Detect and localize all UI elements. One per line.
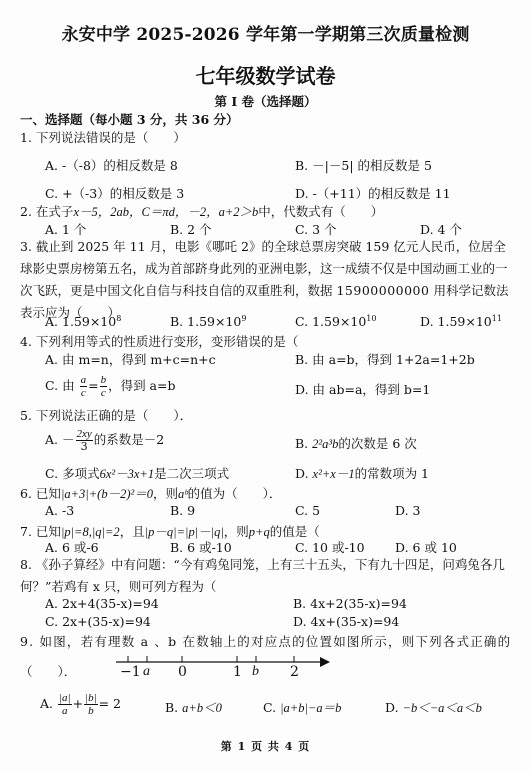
question-8-stem: 8. 《孙子算经》中有问题：“今有鸡兔同笼，上有三十五头，下有九十四足，问鸡兔各… [20, 554, 515, 598]
school-exam-title: 永安中学 2025-2026 学年第一学期第三次质量检测 [0, 20, 531, 45]
question-3-stem: 3. 截止到 2025 年 11 月，电影《哪吒 2》的全球总票房突破 159 … [20, 236, 515, 324]
option-text: -（-8）的相反数是 8 [62, 158, 178, 173]
math-expression: p+q [249, 525, 270, 539]
option-label: C. [295, 314, 308, 329]
minus-sign: － [62, 432, 75, 447]
fraction-2xy-over-3: 2xy3 [76, 428, 93, 453]
option-label: A. [45, 540, 58, 555]
option-label: A. [40, 696, 53, 711]
option-label: B. [170, 503, 183, 518]
option-text: 2 个 [187, 222, 211, 237]
option-label: D. [295, 466, 309, 481]
question-1-option-a[interactable]: A. -（-8）的相反数是 8 [45, 156, 178, 174]
option-label: D. [385, 700, 399, 715]
question-8-option-c[interactable]: C. 2x+(35-x)=94 [45, 614, 151, 629]
question-4-option-b[interactable]: B. 由 a=b，得到 1+2a=1+2b [295, 350, 475, 368]
question-number: 6. [20, 486, 32, 501]
option-label: C. [295, 540, 308, 555]
option-label: A. [45, 503, 58, 518]
option-label: C. [45, 186, 58, 201]
option-text: －|－5| 的相反数是 5 [312, 158, 432, 173]
question-5-stem: 5. 下列说法正确的是（ ）． [20, 406, 192, 424]
option-label: C. [295, 503, 308, 518]
question-1-option-c[interactable]: C. +（-3）的相反数是 3 [45, 184, 184, 202]
question-text: 的值是（ [270, 524, 320, 539]
option-label: A. [45, 158, 58, 173]
question-number: 4. [20, 334, 32, 349]
option-label: B. [170, 314, 183, 329]
tick-label-minus-one: −1 [120, 664, 141, 680]
question-1-option-d[interactable]: D. -（+11）的相反数是 11 [295, 184, 451, 202]
option-text: 1.59×10 [312, 314, 366, 329]
question-3-option-a[interactable]: A. 1.59×108 [45, 314, 121, 329]
fraction-abs-a-over-a: |a|a [58, 692, 72, 717]
option-label: A. [45, 352, 58, 367]
option-text: 10 或-10 [312, 540, 365, 555]
math-expression: x－5，2ab，C＝πd，－2，a+2＞b [73, 205, 258, 219]
math-expression: |p|=8,|q|=2 [61, 525, 120, 539]
tick-label-zero: 0 [178, 664, 187, 680]
exponent: 10 [366, 314, 376, 323]
question-number: 9. [20, 634, 34, 649]
question-text: 《孙子算经》中有问题：“今有鸡兔同笼，上有三十五头，下有九十四足，问鸡兔各几何？… [20, 557, 505, 594]
denominator: a [62, 705, 68, 717]
option-label: C. [295, 222, 308, 237]
option-text: 6 或 10 [413, 540, 457, 555]
option-label: A. [45, 596, 58, 611]
question-text: 下列说法错误的是（ ） [36, 130, 186, 145]
fraction-b-over-c: bc [100, 374, 108, 399]
question-text: ，则 [224, 524, 249, 539]
tick-label-two: 2 [290, 664, 299, 680]
page-number-footer: 第 1 页 共 4 页 [0, 738, 531, 754]
exponent: 11 [492, 314, 502, 323]
question-1-stem: 1. 下列说法错误的是（ ） [20, 128, 186, 146]
denominator: 3 [81, 441, 88, 453]
option-label: C. [45, 378, 58, 393]
question-9-option-d[interactable]: D. −b＜−a＜a＜b [385, 698, 482, 716]
math-expression: −b＜−a＜a＜b [403, 701, 482, 715]
tick-label-b: b [252, 664, 259, 680]
question-5-option-c[interactable]: C. 多项式6x²－3x+1是二次三项式 [45, 464, 229, 482]
equals-sign: = [88, 378, 98, 393]
option-text: 1.59×10 [438, 314, 492, 329]
section-title: 一、选择题（每小题 3 分，共 36 分） [20, 110, 239, 128]
denominator: b [88, 705, 94, 717]
option-label: D. [395, 503, 409, 518]
math-expression: aᵇ [178, 487, 188, 501]
denominator: c [101, 387, 106, 399]
option-text: 由 a=b，得到 1+2a=1+2b [312, 352, 475, 367]
option-text: 由 m=n，得到 m+c=n+c [62, 352, 216, 367]
option-label: C. [45, 614, 58, 629]
question-number: 3. [20, 239, 32, 254]
question-text: 中，代数式有（ ） [258, 204, 383, 219]
option-text: 的常数项为 1 [355, 466, 429, 481]
option-label: B. [295, 436, 308, 451]
option-text: 由 [62, 378, 75, 393]
question-text: 下列利用等式的性质进行变形，变形错误的是（ [36, 334, 299, 349]
option-text: 6 或-10 [187, 540, 232, 555]
question-6-option-d[interactable]: D. 3 [395, 503, 421, 518]
option-label: D. [395, 540, 409, 555]
question-text: 在式子 [36, 204, 74, 219]
option-text: 6 或-6 [62, 540, 99, 555]
dotted-number: 15900000000 [336, 283, 429, 298]
exponent: 9 [241, 314, 246, 323]
question-6-option-c[interactable]: C. 5 [295, 503, 320, 518]
option-text: 4 个 [438, 222, 462, 237]
question-6-option-a[interactable]: A. -3 [45, 503, 74, 518]
option-text: 2x+4(35-x)=94 [62, 596, 159, 611]
fraction-abs-b-over-b: |b|b [84, 692, 98, 717]
option-label: C. [45, 466, 58, 481]
question-text: 已知 [36, 486, 61, 501]
option-text: 由 ab=a，得到 b=1 [313, 382, 431, 397]
option-text: 的次数是 6 次 [338, 436, 416, 451]
question-9-option-a[interactable]: A. |a|a+|b|b= 2 [40, 692, 121, 717]
option-label: B. [295, 352, 308, 367]
numerator: |a| [58, 692, 72, 705]
question-text: 的值为（ ）． [188, 486, 282, 501]
numerator: |b| [84, 692, 98, 705]
option-text: ，得到 a=b [108, 378, 175, 393]
volume-title: 第 I 卷（选择题） [0, 92, 531, 110]
question-text: 已知 [36, 524, 61, 539]
option-text: 9 [187, 503, 195, 518]
question-number: 2. [20, 204, 32, 219]
option-label: B. [170, 222, 183, 237]
question-text: ，且 [120, 524, 145, 539]
option-label: B. [293, 596, 306, 611]
question-2-stem: 2. 在式子x－5，2ab，C＝πd，－2，a+2＞b中，代数式有（ ） [20, 202, 383, 220]
option-label: A. [45, 314, 58, 329]
math-expression: |a+3|+(b－2)²＝0 [61, 487, 153, 501]
question-9-stem-line2: （ ）． [20, 662, 76, 680]
question-6-option-b[interactable]: B. 9 [170, 503, 195, 518]
option-text: 4x+(35-x)=94 [311, 614, 400, 629]
fraction-a-over-c: ac [80, 374, 88, 399]
option-label: D. [420, 314, 434, 329]
option-label: A. [45, 432, 58, 447]
math-expression: 6x²－3x+1 [100, 467, 155, 481]
option-label: B. [295, 158, 308, 173]
question-text: ，则 [153, 486, 178, 501]
option-text: 多项式 [62, 466, 100, 481]
question-8-option-d[interactable]: D. 4x+(35-x)=94 [293, 614, 399, 629]
option-label: A. [45, 222, 58, 237]
question-5-option-d[interactable]: D. x²+x－1的常数项为 1 [295, 464, 429, 482]
tick-label-a: a [143, 664, 150, 680]
question-8-option-b[interactable]: B. 4x+2(35-x)=94 [293, 596, 407, 611]
question-3-option-b[interactable]: B. 1.59×109 [170, 314, 246, 329]
option-text: 1.59×10 [187, 314, 241, 329]
math-expression: |a+b|−a＝b [280, 701, 341, 715]
math-expression: |p－q|=|p|－|q| [145, 525, 224, 539]
question-4-stem: 4. 下列利用等式的性质进行变形，变形错误的是（ [20, 332, 298, 350]
number-line-figure: −1 a 0 1 b 2 [112, 648, 332, 688]
question-3-option-c[interactable]: C. 1.59×1010 [295, 314, 376, 329]
option-text: 是二次三项式 [154, 466, 229, 481]
question-5-option-b[interactable]: B. 2²a³b的次数是 6 次 [295, 434, 417, 452]
option-label: B. [165, 700, 178, 715]
question-3-option-d[interactable]: D. 1.59×1011 [420, 314, 502, 329]
question-4-option-c[interactable]: C. 由 ac=bc，得到 a=b [45, 374, 175, 399]
option-text: 1 个 [62, 222, 86, 237]
tick-label-one: 1 [233, 664, 242, 680]
question-8-option-a[interactable]: A. 2x+4(35-x)=94 [45, 596, 159, 611]
exponent: 8 [116, 314, 121, 323]
plus-sign: + [73, 696, 83, 711]
option-text: 2x+(35-x)=94 [62, 614, 151, 629]
option-label: D. [420, 222, 434, 237]
option-text: +（-3）的相反数是 3 [62, 186, 184, 201]
option-label: D. [293, 614, 307, 629]
option-label: C. [263, 700, 276, 715]
denominator: c [81, 387, 86, 399]
question-9-option-b[interactable]: B. a+b＜0 [165, 698, 222, 716]
option-text: -（+11）的相反数是 11 [313, 186, 451, 201]
math-expression: 2²a³b [312, 437, 338, 451]
question-number: 8. [20, 557, 32, 572]
question-number: 7. [20, 524, 32, 539]
math-expression: x²+x－1 [313, 467, 355, 481]
option-text: 5 [312, 503, 320, 518]
paper-title: 七年级数学试卷 [0, 60, 531, 89]
question-number: 5. [20, 408, 32, 423]
question-text: 下列说法正确的是（ ）． [36, 408, 192, 423]
option-text: 的系数是－2 [94, 432, 164, 447]
question-9-option-c[interactable]: C. |a+b|−a＝b [263, 698, 341, 716]
question-4-option-a[interactable]: A. 由 m=n，得到 m+c=n+c [45, 350, 216, 368]
option-text: 4x+2(35-x)=94 [310, 596, 407, 611]
question-6-stem: 6. 已知|a+3|+(b－2)²＝0，则aᵇ的值为（ ）． [20, 484, 281, 502]
math-expression: a+b＜0 [182, 701, 222, 715]
question-text: 如图，若有理数 a 、b 在数轴上的对应点的位置如图所示，则下列各式正确的 [40, 634, 512, 649]
option-label: B. [170, 540, 183, 555]
question-4-option-d[interactable]: D. 由 ab=a，得到 b=1 [295, 380, 430, 398]
option-label: D. [295, 186, 309, 201]
numerator: a [80, 374, 88, 387]
option-text: 1.59×10 [62, 314, 116, 329]
numerator: b [100, 374, 108, 387]
option-text: = 2 [99, 696, 121, 711]
question-number: 1. [20, 130, 32, 145]
question-1-option-b[interactable]: B. －|－5| 的相反数是 5 [295, 156, 432, 174]
option-text: 3 个 [312, 222, 336, 237]
question-5-option-a[interactable]: A. －2xy3的系数是－2 [45, 428, 164, 453]
option-label: D. [295, 382, 309, 397]
option-text: 3 [413, 503, 421, 518]
option-text: -3 [62, 503, 74, 518]
